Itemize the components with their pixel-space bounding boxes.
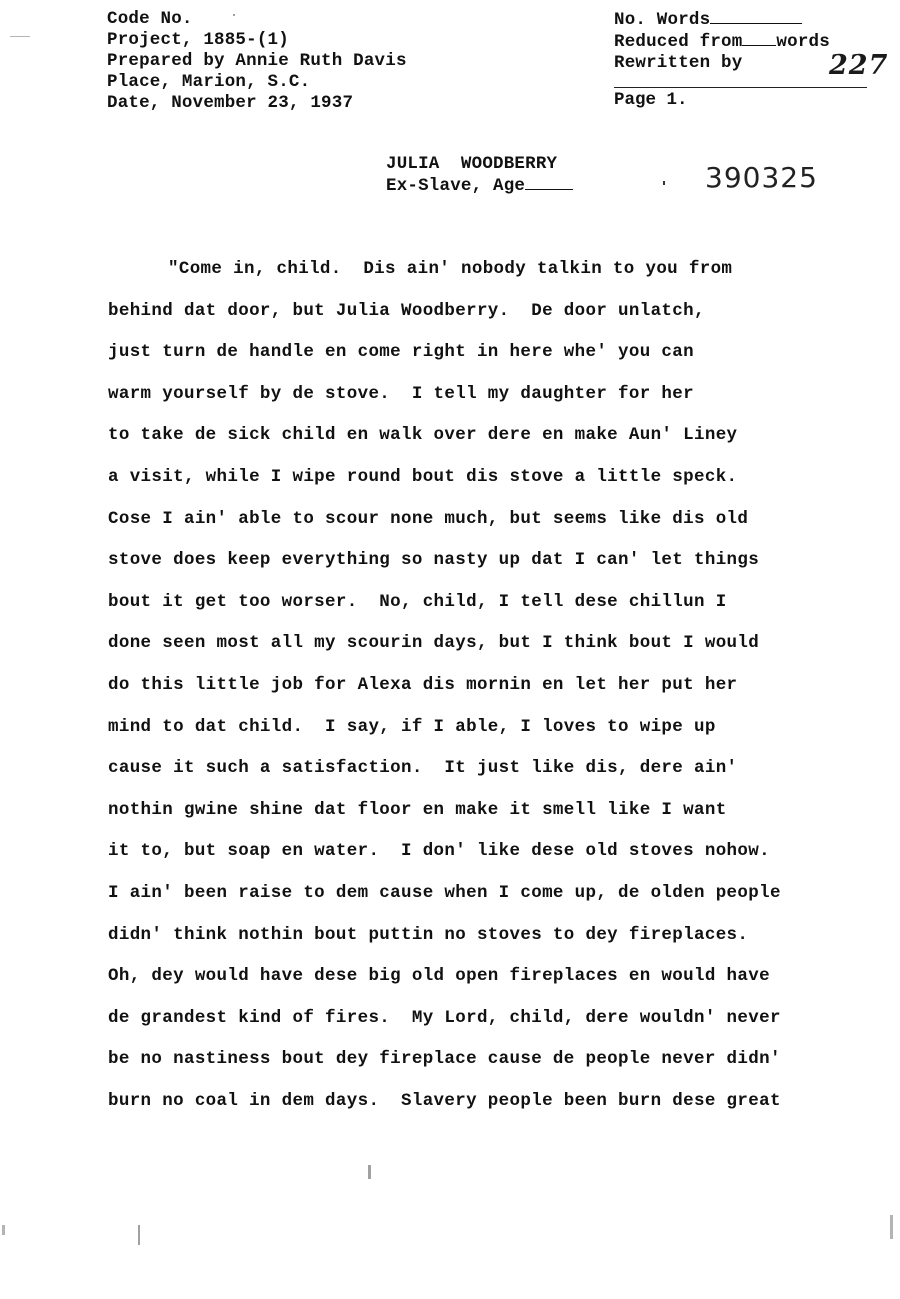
text-line: Oh, dey would have dese big old open fir… — [108, 963, 878, 1005]
page-label: Page 1. — [614, 90, 688, 110]
text-line: "Come in, child. Dis ain' nobody talkin … — [108, 256, 878, 298]
subject-subtitle-row: Ex-Slave, Age — [386, 175, 573, 197]
no-words-row: No. Words — [614, 9, 874, 31]
header-metadata-left: Code No. Project, 1885-(1) Prepared by A… — [107, 9, 407, 114]
header-metadata-right: No. Words Reduced fromwords Rewritten by… — [614, 9, 874, 74]
text-line: to take de sick child en walk over dere … — [108, 422, 878, 464]
place: Place, Marion, S.C. — [107, 72, 407, 93]
text-line: mind to dat child. I say, if I able, I l… — [108, 714, 878, 756]
no-words-blank — [710, 9, 802, 24]
text-line: do this little job for Alexa dis mornin … — [108, 672, 878, 714]
age-blank — [525, 175, 573, 190]
scan-speck — [233, 14, 235, 16]
reduced-from-label: Reduced from — [614, 32, 742, 52]
scan-speck — [2, 1225, 5, 1235]
text-line: stove does keep everything so nasty up d… — [108, 547, 878, 589]
text-line: de grandest kind of fires. My Lord, chil… — [108, 1005, 878, 1047]
text-line: Cose I ain' able to scour none much, but… — [108, 506, 878, 548]
code-number: Code No. — [107, 9, 407, 30]
scan-speck — [138, 1225, 140, 1245]
stamped-document-number: 390325 — [705, 161, 818, 194]
text-line: bout it get too worser. No, child, I tel… — [108, 589, 878, 631]
scan-speck — [10, 36, 30, 37]
subject-name: JULIA WOODBERRY — [386, 154, 573, 175]
project-number: Project, 1885-(1) — [107, 30, 407, 51]
rewritten-by-label: Rewritten by — [614, 53, 742, 73]
reduced-from-blank — [742, 31, 776, 46]
text-line: didn' think nothin bout puttin no stoves… — [108, 922, 878, 964]
text-line: nothin gwine shine dat floor en make it … — [108, 797, 878, 839]
interview-body-text: "Come in, child. Dis ain' nobody talkin … — [108, 256, 878, 1129]
text-line: cause it such a satisfaction. It just li… — [108, 755, 878, 797]
prepared-by: Prepared by Annie Ruth Davis — [107, 51, 407, 72]
handwritten-page-number: 227 — [829, 55, 888, 76]
date: Date, November 23, 1937 — [107, 93, 407, 114]
text-line: it to, but soap en water. I don' like de… — [108, 838, 878, 880]
header-divider — [614, 87, 867, 88]
text-line: a visit, while I wipe round bout dis sto… — [108, 464, 878, 506]
scan-speck — [890, 1215, 893, 1239]
interview-title-block: JULIA WOODBERRY Ex-Slave, Age — [386, 154, 573, 197]
subject-subtitle: Ex-Slave, Age — [386, 176, 525, 196]
text-line: burn no coal in dem days. Slavery people… — [108, 1088, 878, 1130]
stamp-mark — [663, 181, 665, 185]
text-line: just turn de handle en come right in her… — [108, 339, 878, 381]
document-page: Code No. Project, 1885-(1) Prepared by A… — [0, 0, 900, 1299]
text-line: be no nastiness bout dey fireplace cause… — [108, 1046, 878, 1088]
text-line: behind dat door, but Julia Woodberry. De… — [108, 298, 878, 340]
no-words-label: No. Words — [614, 10, 710, 30]
text-line: warm yourself by de stove. I tell my dau… — [108, 381, 878, 423]
reduced-words-label: words — [776, 32, 830, 52]
scan-speck — [368, 1165, 371, 1179]
text-line: done seen most all my scourin days, but … — [108, 630, 878, 672]
text-line: I ain' been raise to dem cause when I co… — [108, 880, 878, 922]
